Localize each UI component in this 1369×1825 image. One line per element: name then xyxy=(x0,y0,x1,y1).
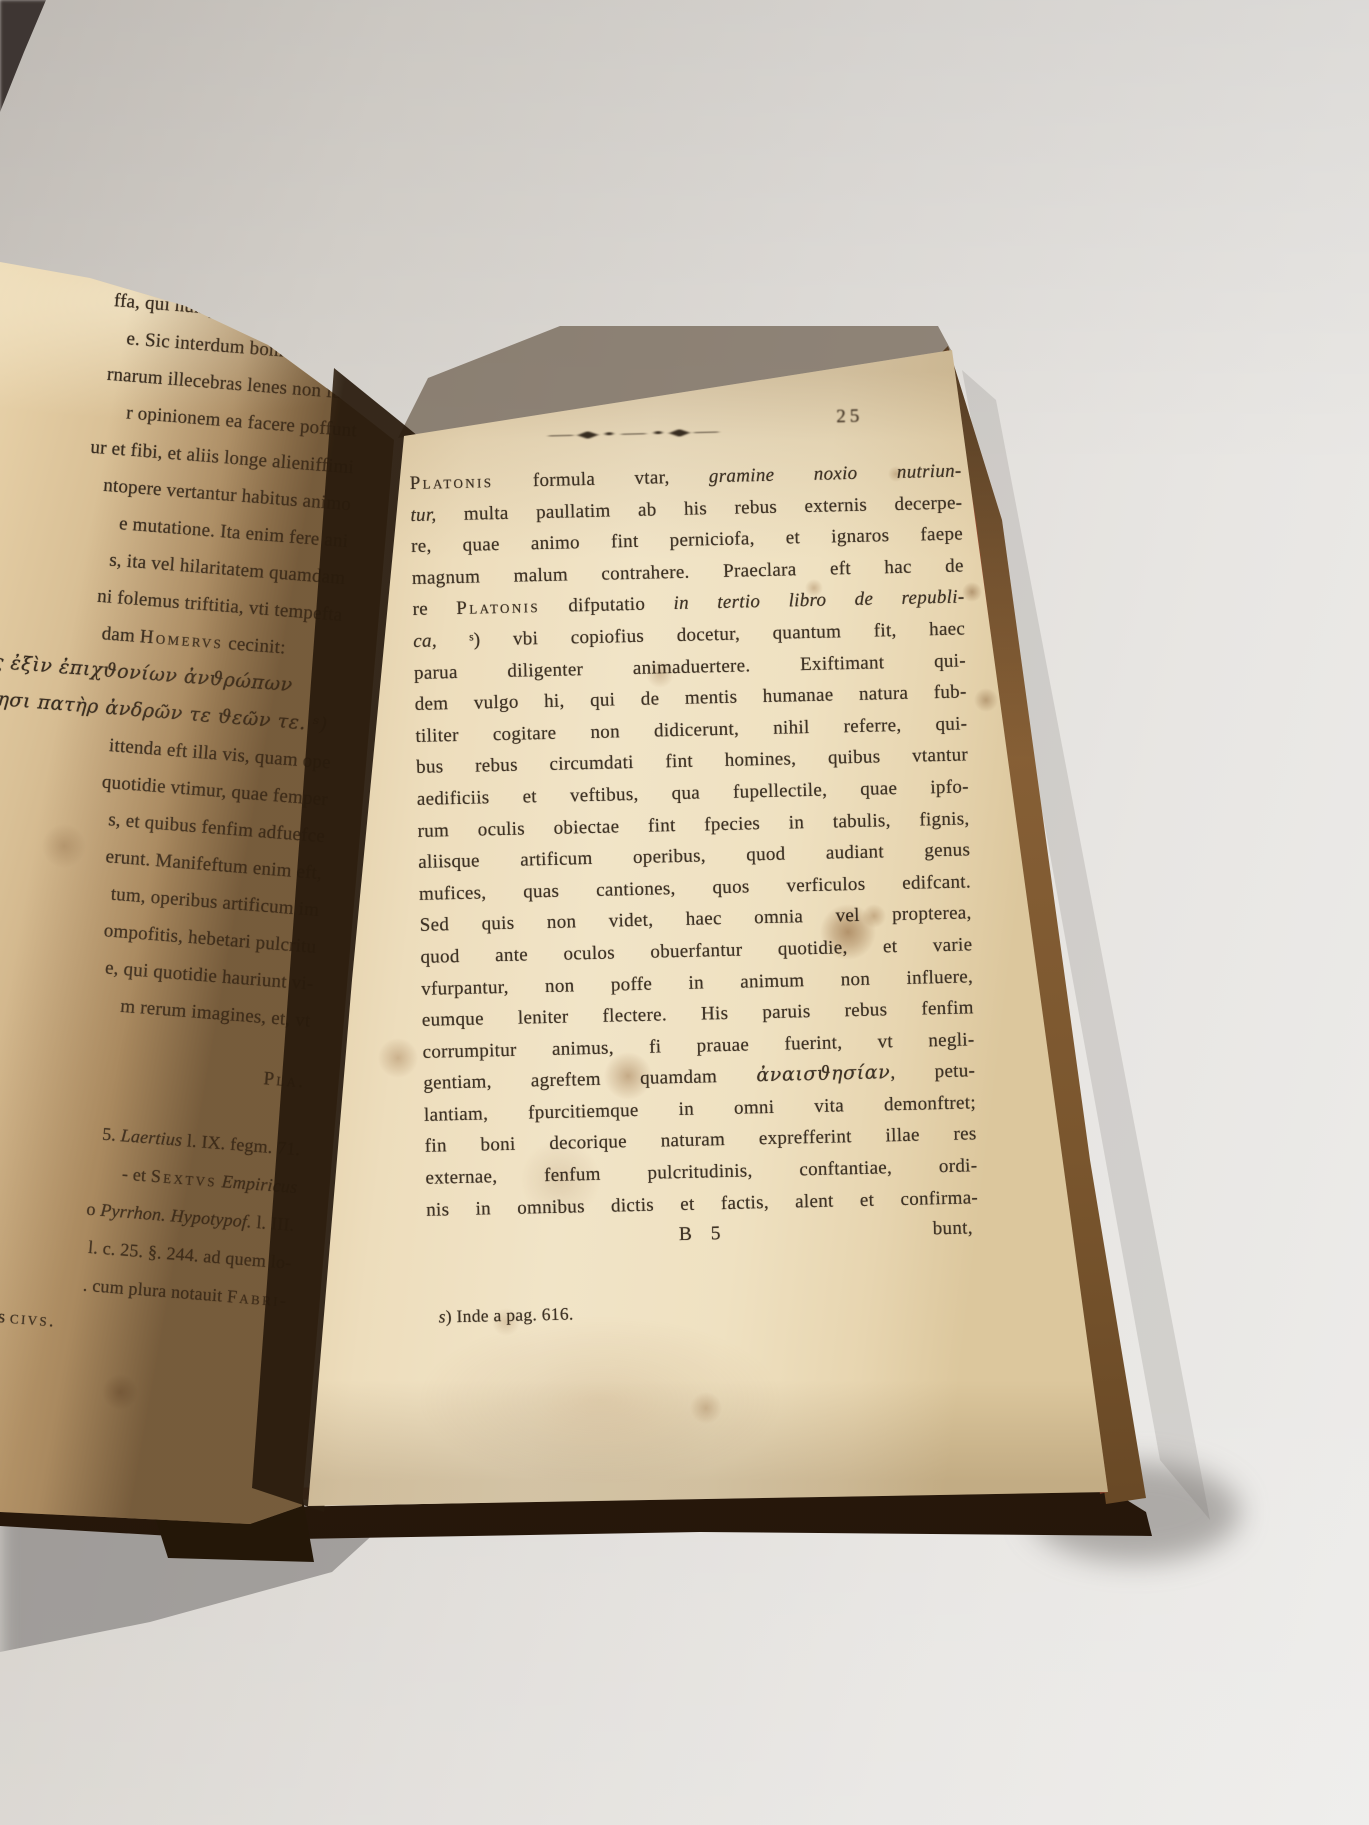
text-line: tum, operibus artificum im xyxy=(0,858,321,929)
text-line: s civs. xyxy=(0,1285,58,1339)
text-line: m rerum imagines, et, vt xyxy=(0,968,312,1039)
header-ornament: —◆•—•◆— xyxy=(547,426,723,442)
text-line: ς ἐξὶν ἐπιχϑονίων ἀνϑρώπων xyxy=(0,636,294,704)
right-page-body: Platonis formula vtar, gramine noxio nut… xyxy=(409,455,978,1226)
catchword: bunt, xyxy=(932,1218,973,1241)
text-line: Pla. xyxy=(0,1029,307,1100)
left-page-footnotes: 5. Laertius l. IX. fegm. 71.- et Sextvs … xyxy=(0,1096,302,1358)
text-line: r opinionem ea facere poffunt xyxy=(0,378,358,449)
text-line: ittenda eft illa vis, quam ope xyxy=(0,710,332,781)
right-page-footnote: s) Inde a pag. 616. xyxy=(428,1289,981,1332)
text-line: ompofitis, hebetari pulcritu xyxy=(0,894,318,965)
text-line: e mutatione. Ita enim fere ani xyxy=(0,489,350,560)
text-line: ntopere vertantur habitus animo xyxy=(0,452,353,523)
text-line: ἄγησι πατὴρ ἀνδρῶν τε ϑεῶν τε. ˢ) xyxy=(0,673,329,744)
text-line: ur et fibi, et aliis longe alieniffimi xyxy=(0,415,355,486)
text-line: l. c. 25. §. 244. ad quem lo- xyxy=(0,1209,293,1281)
signature-mark: B 5 xyxy=(679,1223,728,1246)
text-line: s, ita vel hilaritatem quamdam xyxy=(0,526,347,597)
page-number: 25 xyxy=(836,406,863,429)
text-line: 5. Laertius l. IX. fegm. 71. xyxy=(0,1096,302,1168)
text-line: e, qui quotidie hauriunt vi- xyxy=(0,931,315,1002)
signature-row: B 5 bunt, xyxy=(427,1218,980,1271)
text-line: dam Homervs cecinit: xyxy=(0,599,287,666)
right-page-text: —◆•—•◆— 25 Platonis formula vtar, gramin… xyxy=(408,395,981,1332)
text-line: s) Inde a pag. 616. xyxy=(438,1289,981,1331)
text-line: - et Sextvs Empiricus xyxy=(0,1134,299,1206)
text-line: erunt. Manifeftum enim eft, xyxy=(0,821,323,892)
text-line: o Pyrrhon. Hypotypof. l. III. xyxy=(0,1172,296,1244)
photo-of-open-book: —◆•—•◆— ffa, qui nunquam putaffent, fe t… xyxy=(0,0,1369,1825)
text-line: s, et quibus fenfim adfuefce xyxy=(0,784,326,855)
text-line: quotidie vtimur, quae femper xyxy=(0,747,329,818)
text-line: . cum plura notauit Fabri- xyxy=(0,1247,290,1319)
text-line: ni folemus triftitia, vti tempefta xyxy=(0,562,344,633)
